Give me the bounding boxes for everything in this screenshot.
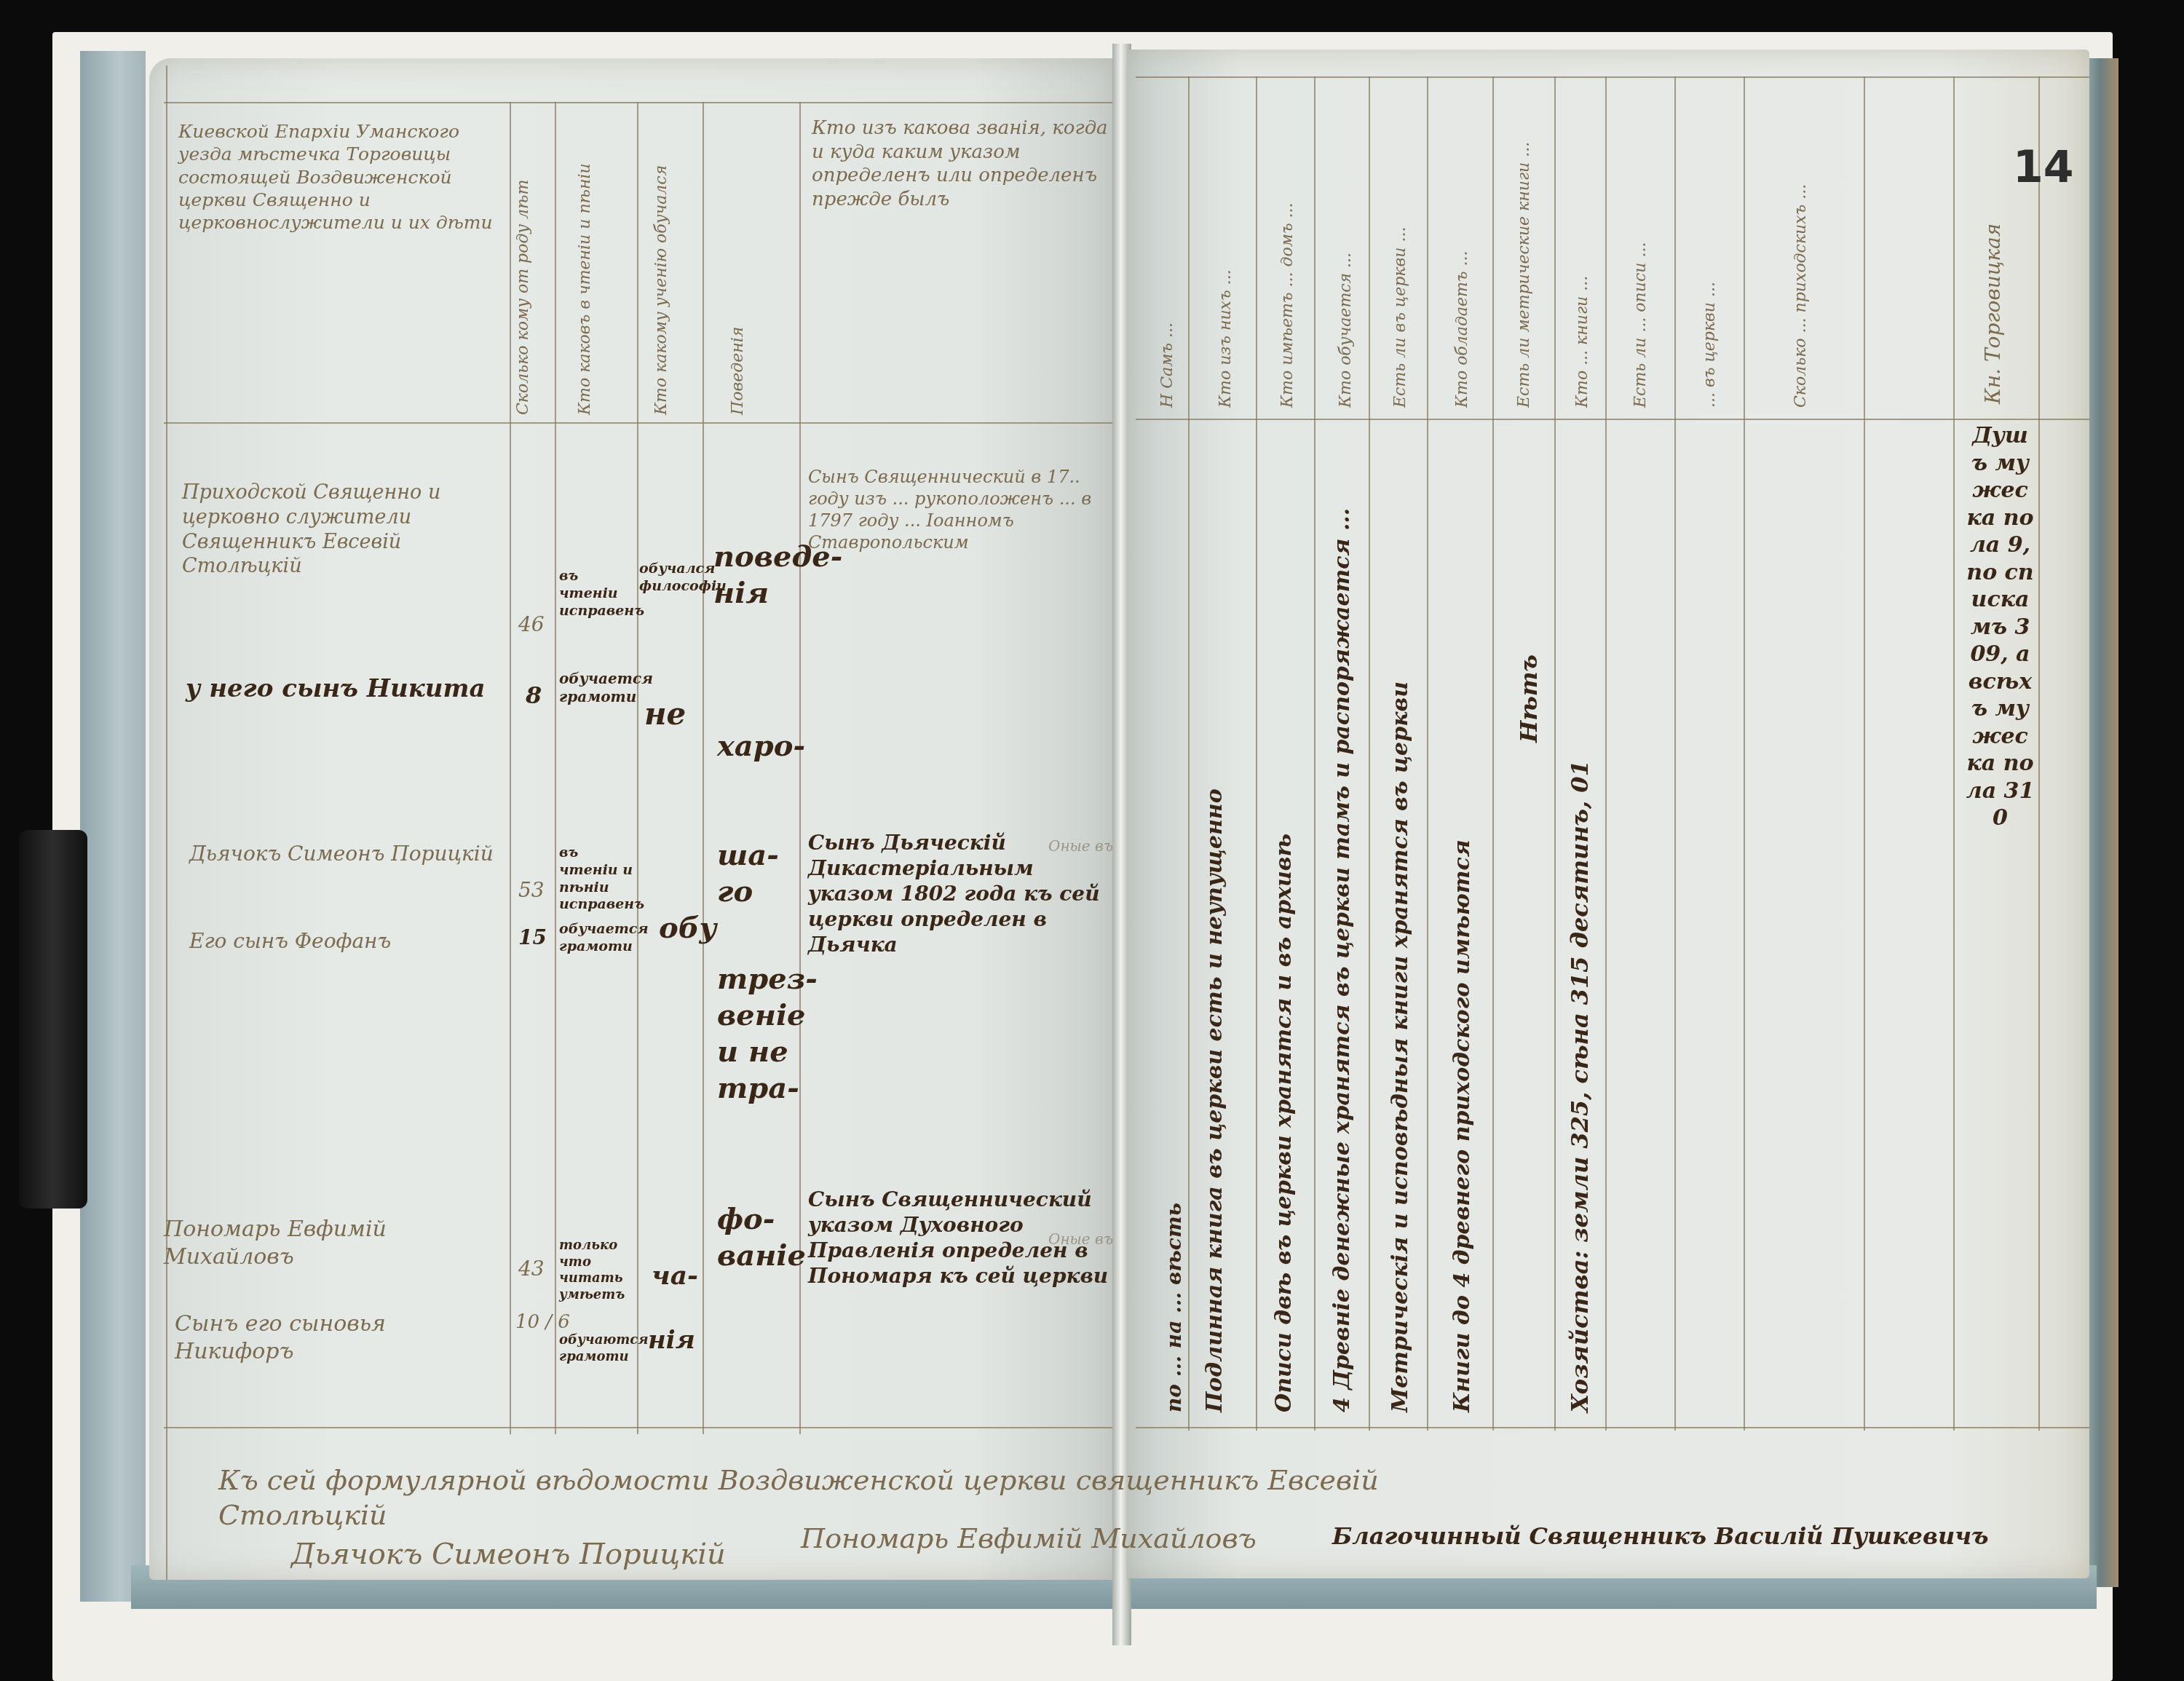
row-literacy: обучаются грамоти: [559, 1332, 636, 1365]
rule: [1136, 419, 2089, 420]
header-column: Кто изъ нихъ ...: [1216, 87, 1236, 408]
rule: [510, 102, 511, 1434]
row-conduct: фо-ваніе: [717, 1201, 797, 1274]
summary-column: Душъ мужеска пола 9, по спискамъ 309, а …: [1966, 422, 2035, 832]
row-age: 15: [518, 925, 547, 950]
header-column: ... въ церкви ...: [1700, 87, 1720, 408]
row-age: 53: [518, 877, 545, 903]
rule: [1953, 76, 1955, 1431]
body-column: Метрическія и исповѣдныя книги хранятся …: [1387, 437, 1415, 1412]
row-education: нія: [648, 1325, 695, 1356]
header-title: Киевской Епархіи Уманского уезда мѣстечк…: [178, 120, 499, 234]
rule: [1744, 76, 1745, 1431]
row-name: Дьячокъ Симеонъ Порицкій: [189, 841, 502, 866]
body-column: Подлинная книга въ церкви есть и неупуще…: [1201, 437, 1229, 1412]
row-origin: Сынъ Священнический в 17.. году изъ ... …: [808, 466, 1114, 553]
rule: [555, 102, 556, 1434]
rule: [1314, 76, 1315, 1431]
row-literacy: въ чтеніи и пѣніи исправенъ: [559, 845, 636, 914]
binding-board-left: [80, 51, 146, 1602]
body-column: по ... на ... вѣсть: [1161, 437, 1187, 1412]
header-column: Кто имѣетъ ... домъ ...: [1278, 87, 1298, 408]
row-education: обу: [659, 910, 717, 946]
row-age: 46: [518, 612, 545, 637]
body-column: Книги до 4 древнего приходского имѣются: [1449, 437, 1476, 1412]
row-literacy: только что читать умѣетъ: [559, 1238, 636, 1303]
row-age: 8: [526, 681, 542, 710]
header-column: Сколько ... приходскихъ ...: [1791, 87, 1811, 408]
rule: [1188, 76, 1190, 1431]
header-education: Кто какому ученію обучался: [652, 109, 672, 415]
rule: [164, 1427, 1117, 1428]
row-conduct: поведе-нія: [713, 539, 794, 612]
page-number-stamp: 14: [2013, 142, 2074, 193]
header-column: Есть ли ... описи ...: [1631, 87, 1651, 408]
rule: [1369, 76, 1370, 1431]
body-column: Описи двѣ въ церкви хранятся и въ архивѣ: [1270, 437, 1298, 1412]
row-literacy: обучается грамоти: [559, 921, 636, 956]
row-literacy: въ чтеніи исправенъ: [559, 568, 636, 620]
rule: [1864, 76, 1865, 1431]
row-conduct: харо-: [717, 728, 797, 764]
rule: [1427, 76, 1428, 1431]
row-literacy: обучается грамоти: [559, 670, 636, 706]
body-column: Нѣтъ: [1514, 451, 1543, 743]
signature-sexton: Пономарь Евфимій Михайловъ: [801, 1522, 1257, 1557]
rule: [1136, 1427, 2089, 1428]
rule: [1136, 76, 2089, 78]
header-column: Кто ... книги ...: [1572, 87, 1593, 408]
rule: [164, 102, 1117, 103]
row-name: Его сынъ Феофанъ: [189, 928, 502, 954]
row-conduct: ша- го: [717, 837, 797, 910]
rule: [703, 102, 704, 1434]
rule: [1492, 76, 1494, 1431]
row-age: 10 / 6: [515, 1310, 570, 1334]
header-column: Кто обучается ...: [1336, 87, 1356, 408]
row-name: у него сынъ Никита: [186, 673, 506, 705]
row-name: Сынъ его сыновья Никифоръ: [175, 1310, 502, 1365]
rule: [799, 102, 801, 1434]
rule: [2038, 76, 2040, 1431]
rule: [1554, 76, 1556, 1431]
book-clip: [19, 830, 87, 1209]
header-age: Сколько кому от роду лѣт: [513, 109, 534, 415]
header-conduct: Поведенія: [728, 109, 748, 415]
row-name: Пономарь Евфимій Михайловъ: [164, 1216, 506, 1270]
rule: [164, 422, 1117, 424]
rule: [1256, 76, 1257, 1431]
row-conduct: трез-веніе и не тра-: [717, 961, 797, 1107]
rule: [1674, 76, 1676, 1431]
rule: [1605, 76, 1607, 1431]
header-column: Есть ли метрические книги ...: [1514, 87, 1535, 408]
row-education: ча-: [652, 1259, 698, 1292]
header-column: Кн. Торговицкая: [1980, 84, 2006, 404]
row-education: не: [644, 695, 686, 734]
row-education: обучался философіи: [639, 561, 703, 596]
signature-deacon: Дьячокъ Симеонъ Порицкій: [291, 1536, 726, 1573]
row-age: 43: [518, 1256, 545, 1281]
header-column: Есть ли въ церкви ...: [1390, 87, 1411, 408]
body-column: Хозяйства: земли 325, сѣна 315 десятинъ,…: [1565, 437, 1594, 1412]
body-column: 4 Древніе денежные хранятся въ церкви та…: [1329, 437, 1356, 1412]
header-column: Кто обладаетъ ...: [1452, 87, 1473, 408]
signature-dean: Благочинный Священникъ Василій Пушкевичъ: [1332, 1522, 1988, 1551]
row-name: Приходской Священно и церковно служители…: [182, 480, 502, 579]
header-origin: Кто изъ какова званія, когда и куда каки…: [812, 116, 1117, 211]
rule: [166, 66, 167, 1580]
header-literacy: Кто каковъ в чтеніи и пѣніи: [575, 109, 596, 415]
header-column: Н Самъ ...: [1158, 87, 1178, 408]
rule: [637, 102, 638, 1434]
